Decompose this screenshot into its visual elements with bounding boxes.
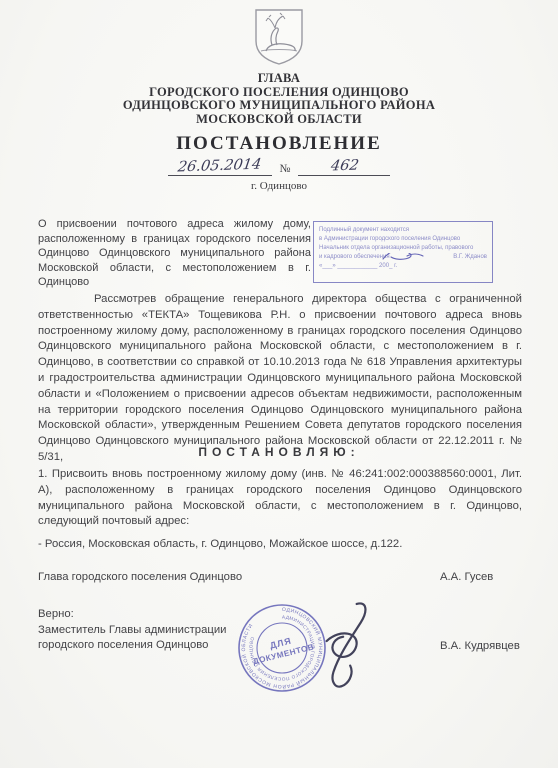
deputy-signature-name: В.А. Кудрявцев	[440, 640, 520, 652]
registry-stamp-label: и кадрового обеспечения	[319, 253, 390, 262]
authority-line: МОСКОВСКОЙ ОБЛАСТИ	[0, 113, 558, 127]
round-stamp-for-documents: ОДИНЦОВСКИЙ МУНИЦИПАЛЬНЫЙ РАЙОН МОСКОВСК…	[236, 602, 328, 694]
number-sign: №	[280, 163, 291, 176]
issuing-authority: ГЛАВА ГОРОДСКОГО ПОСЕЛЕНИЯ ОДИНЦОВО ОДИН…	[0, 72, 558, 126]
head-signature-name: А.А. Гусев	[440, 571, 493, 583]
handwritten-date: 26.05.2014	[177, 157, 263, 176]
document-page: ГЛАВА ГОРОДСКОГО ПОСЕЛЕНИЯ ОДИНЦОВО ОДИН…	[0, 0, 558, 768]
handwritten-number: 462	[329, 158, 359, 175]
registry-stamp-line: в Администрации городского поселения Оди…	[319, 235, 487, 244]
registry-stamp-officer-name: В.Г. Жданов	[453, 253, 487, 262]
signature-flourish-icon	[316, 597, 374, 699]
registry-stamp-date-line: «___» ____________ 200_ г.	[319, 262, 487, 271]
assigned-address: - Россия, Московская область, г. Одинцов…	[38, 538, 402, 550]
registry-stamp-signature-line: и кадрового обеспечения В.Г. Жданов	[319, 253, 487, 262]
verification-block: Верно: Заместитель Главы администрации г…	[38, 607, 226, 654]
head-signature-title: Глава городского поселения Одинцово	[38, 571, 242, 583]
registry-stamp: Подлинный документ находится в Администр…	[313, 221, 493, 283]
registry-stamp-line: Начальник отдела организационной работы,…	[319, 244, 487, 253]
preamble-paragraph: Рассмотрев обращение генерального директ…	[38, 292, 522, 466]
signature-squiggle-icon	[381, 253, 425, 262]
registry-stamp-line: Подлинный документ находится	[319, 226, 487, 235]
resolution-item-1: 1. Присвоить вновь построенному жилому д…	[38, 467, 522, 530]
verno-label: Верно:	[38, 607, 226, 623]
authority-line: ГЛАВА	[0, 72, 558, 86]
number-underline: 462	[298, 157, 390, 176]
document-subject: О присвоении почтового адреса жилому дом…	[38, 217, 311, 290]
authority-line: ОДИНЦОВСКОГО МУНИЦИПАЛЬНОГО РАЙОНА	[0, 99, 558, 113]
coat-of-arms-icon	[244, 7, 314, 67]
place-of-issue: г. Одинцово	[0, 180, 558, 192]
deputy-title-line: Заместитель Главы администрации	[38, 623, 226, 639]
document-title: ПОСТАНОВЛЕНИЕ	[0, 133, 558, 155]
deputy-title-line: городского поселения Одинцово	[38, 638, 226, 654]
date-number-row: 26.05.2014 № 462	[0, 157, 558, 176]
resolution-heading: ПОСТАНОВЛЯЮ:	[0, 445, 558, 459]
authority-line: ГОРОДСКОГО ПОСЕЛЕНИЯ ОДИНЦОВО	[0, 86, 558, 100]
date-underline: 26.05.2014	[168, 157, 272, 176]
